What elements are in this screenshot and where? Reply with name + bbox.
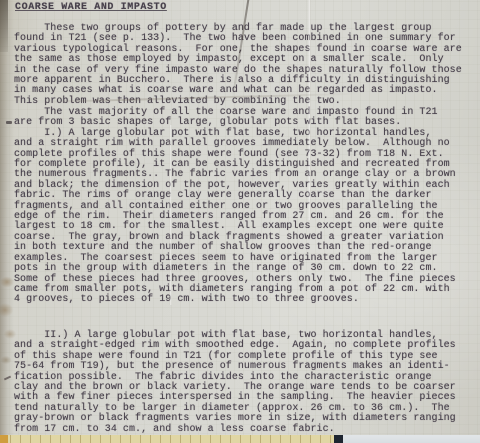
bottom-edge bbox=[0, 435, 480, 443]
orange-corner-cell bbox=[0, 435, 8, 443]
paragraph-intro: These two groups of pottery by and far m… bbox=[14, 24, 462, 107]
margin-mark-slash bbox=[4, 376, 11, 381]
light-edge-strip bbox=[343, 435, 480, 443]
corner-smudge bbox=[0, 0, 8, 52]
page-title: COARSE WARE AND IMPASTO bbox=[15, 2, 167, 13]
paragraph-type-one: The vast majority of all the coarse ware… bbox=[14, 108, 456, 306]
paragraph-type-two: II.) A large globular pot with flat base… bbox=[14, 331, 456, 435]
document-page: COARSE WARE AND IMPASTO These two groups… bbox=[0, 0, 480, 443]
dark-tab-mark bbox=[334, 435, 343, 443]
graph-paper-strip bbox=[0, 435, 343, 443]
margin-mark-dash bbox=[6, 121, 12, 124]
page-left-edge-shadow bbox=[0, 0, 14, 443]
